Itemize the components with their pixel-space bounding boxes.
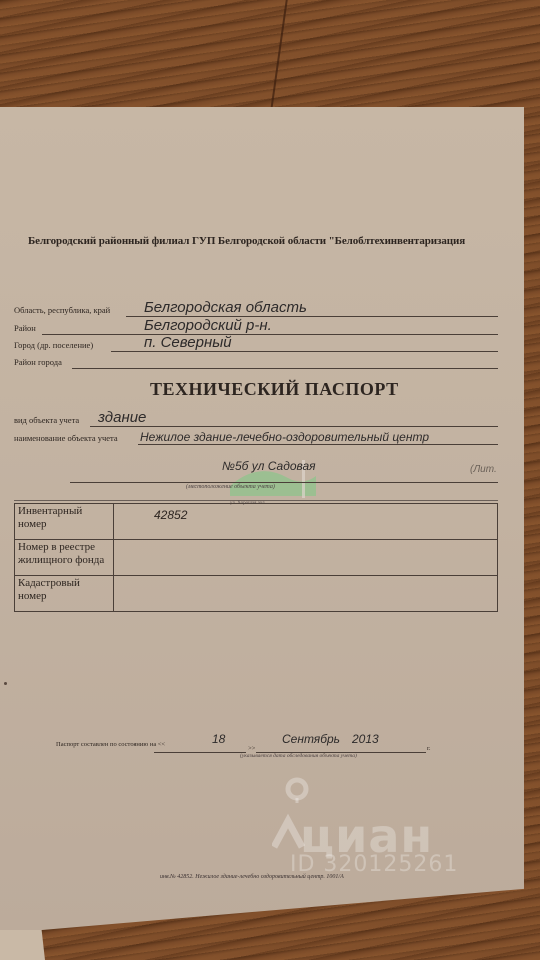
field-settlement: Город (др. поселение) п. Северный bbox=[14, 336, 498, 352]
table-value: 42852 bbox=[114, 504, 498, 540]
location-hint: (местоположение объекта учета) bbox=[186, 484, 275, 490]
passport-day: 18 bbox=[212, 732, 225, 746]
registry-table: Инвентарный номер 42852 Номер в реестре … bbox=[14, 503, 498, 612]
table-row: Номер в реестре жилищного фонда bbox=[15, 540, 498, 576]
field-city-district: Район города bbox=[14, 353, 498, 369]
speck bbox=[4, 682, 7, 685]
field-value: п. Северный bbox=[144, 334, 232, 351]
passport-date-mid: >> bbox=[248, 745, 255, 752]
document-title: ТЕХНИЧЕСКИЙ ПАСПОРТ bbox=[150, 379, 399, 400]
field-value: Белгородская область bbox=[144, 299, 307, 316]
field-object-type: вид объекта учета здание bbox=[14, 411, 498, 427]
passport-date-prefix: Паспорт составлен по состоянию на << bbox=[56, 741, 165, 748]
field-region: Область, республика, край Белгородская о… bbox=[14, 301, 498, 317]
table-label: Номер в реестре жилищного фонда bbox=[15, 540, 114, 576]
field-district: Район Белгородский р-н. bbox=[14, 319, 498, 335]
technical-passport-page: Белгородский районный филиал ГУП Белгоро… bbox=[0, 107, 524, 930]
passport-month: Сентябрь bbox=[282, 732, 340, 746]
field-value: здание bbox=[98, 409, 146, 426]
divider bbox=[70, 482, 498, 483]
field-object-name: наименование объекта учета Нежилое здани… bbox=[14, 429, 498, 445]
passport-year: 2013 bbox=[352, 732, 379, 746]
table-value bbox=[114, 540, 498, 576]
lit-label: (Лит. bbox=[470, 464, 497, 475]
divider bbox=[154, 752, 246, 753]
field-label: наименование объекта учета bbox=[14, 433, 118, 443]
table-value bbox=[114, 576, 498, 612]
table-label: Инвентарный номер bbox=[15, 504, 114, 540]
field-label: Область, республика, край bbox=[14, 305, 110, 315]
field-value: Белгородский р-н. bbox=[144, 317, 272, 334]
footer-note: инв.№ 42852. Нежилое здание-лечебно оздо… bbox=[160, 874, 344, 880]
floor-seam bbox=[270, 0, 287, 110]
passport-date-suffix: г. bbox=[427, 745, 431, 752]
field-label: Район города bbox=[14, 357, 62, 367]
table-row: Кадастровый номер bbox=[15, 576, 498, 612]
location-value: №5б ул Садовая bbox=[222, 459, 316, 473]
field-label: вид объекта учета bbox=[14, 415, 79, 425]
passport-date-hint: (указывается дата обследования объекта у… bbox=[240, 753, 357, 759]
table-row: Инвентарный номер 42852 bbox=[15, 504, 498, 540]
field-label: Район bbox=[14, 323, 36, 333]
organization-header: Белгородский районный филиал ГУП Белгоро… bbox=[28, 235, 465, 247]
field-label: Город (др. поселение) bbox=[14, 340, 93, 350]
table-label: Кадастровый номер bbox=[15, 576, 114, 612]
field-value: Нежилое здание-лечебно-оздоровительный ц… bbox=[140, 430, 429, 444]
